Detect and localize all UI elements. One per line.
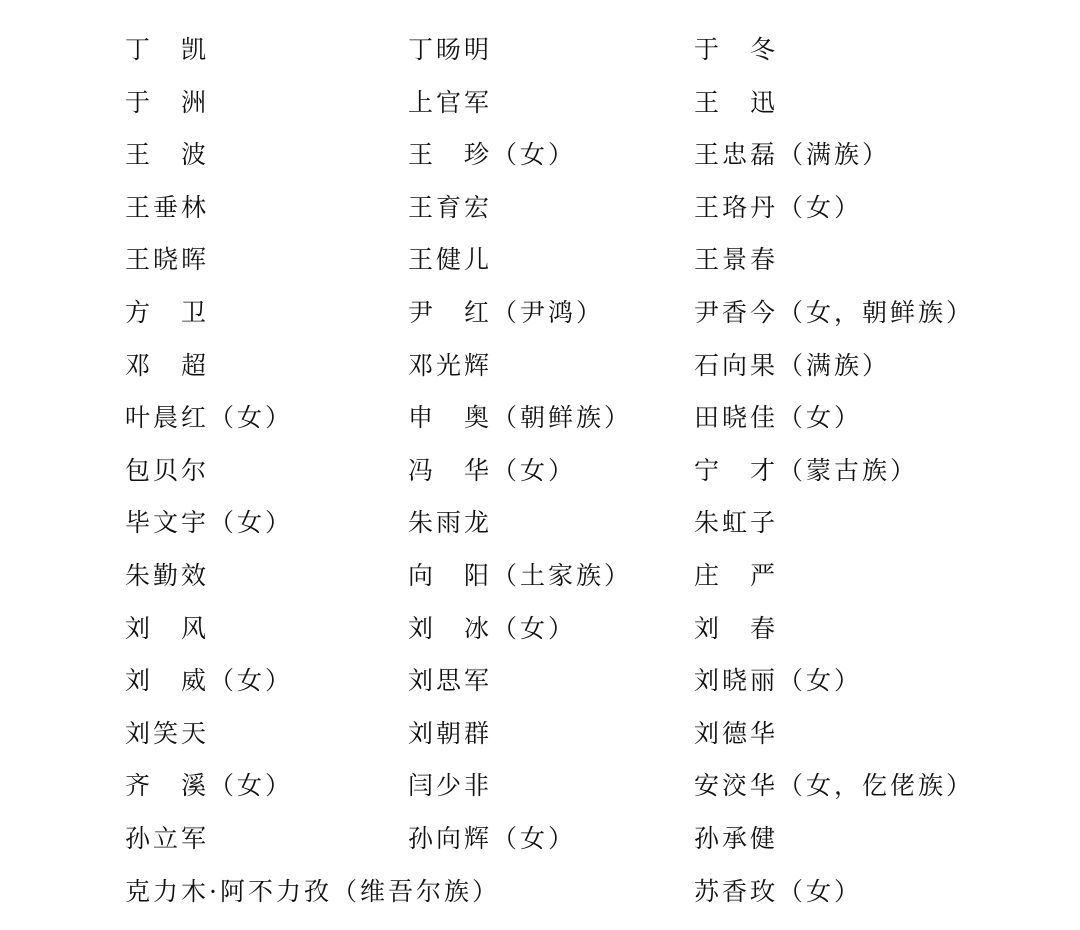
- name-entry: 苏香玫（女）: [694, 866, 862, 918]
- name-entry: 尹香今（女，朝鲜族）: [694, 287, 974, 339]
- name-entry: 方 卫: [125, 287, 209, 339]
- name-entry: 向 阳（土家族）: [408, 550, 632, 602]
- name-entry: 刘德华: [694, 708, 778, 760]
- name-row: 叶晨红（女） 申 奥（朝鲜族） 田晓佳（女）: [0, 392, 1080, 444]
- name-row: 邓 超 邓光辉 石向果（满族）: [0, 340, 1080, 392]
- name-entry: 王垂林: [125, 182, 209, 234]
- name-entry: 王 珍（女）: [408, 129, 576, 181]
- name-entry: 邓光辉: [408, 340, 492, 392]
- name-row: 克力木·阿不力孜（维吾尔族） 苏香玫（女）: [0, 866, 1080, 918]
- name-entry: 安洨华（女，仡佬族）: [694, 760, 974, 812]
- name-entry: 孙承健: [694, 813, 778, 865]
- name-entry: 孙立军: [125, 813, 209, 865]
- name-entry: 王景春: [694, 234, 778, 286]
- name-entry: 田晓佳（女）: [694, 392, 862, 444]
- name-entry: 刘笑天: [125, 708, 209, 760]
- name-entry: 尹 红（尹鸿）: [408, 287, 604, 339]
- name-entry: 宁 才（蒙古族）: [694, 445, 918, 497]
- name-row: 孙立军 孙向辉（女） 孙承健: [0, 813, 1080, 865]
- name-entry: 冯 华（女）: [408, 445, 576, 497]
- name-entry: 王 波: [125, 129, 209, 181]
- name-entry: 朱雨龙: [408, 497, 492, 549]
- name-row: 王晓晖 王健儿 王景春: [0, 234, 1080, 286]
- name-row: 朱勤效 向 阳（土家族） 庄 严: [0, 550, 1080, 602]
- name-row: 毕文宇（女） 朱雨龙 朱虹子: [0, 497, 1080, 549]
- name-entry: 丁旸明: [408, 24, 492, 76]
- name-row: 包贝尔 冯 华（女） 宁 才（蒙古族）: [0, 445, 1080, 497]
- name-entry: 于 洲: [125, 77, 209, 129]
- name-entry: 朱虹子: [694, 497, 778, 549]
- name-entry: 王育宏: [408, 182, 492, 234]
- name-entry: 邓 超: [125, 340, 209, 392]
- name-row: 王垂林 王育宏 王珞丹（女）: [0, 182, 1080, 234]
- name-entry: 毕文宇（女）: [125, 497, 293, 549]
- name-list-page: 丁 凯 丁旸明 于 冬 于 洲 上官军 王 迅 王 波 王 珍（女） 王忠磊（满…: [0, 0, 1080, 930]
- name-entry: 朱勤效: [125, 550, 209, 602]
- name-row: 王 波 王 珍（女） 王忠磊（满族）: [0, 129, 1080, 181]
- name-entry: 刘 风: [125, 603, 209, 655]
- name-row: 刘 威（女） 刘思军 刘晓丽（女）: [0, 655, 1080, 707]
- name-row: 齐 溪（女） 闫少非 安洨华（女，仡佬族）: [0, 760, 1080, 812]
- name-entry: 申 奥（朝鲜族）: [408, 392, 632, 444]
- name-entry: 石向果（满族）: [694, 340, 890, 392]
- name-entry: 王忠磊（满族）: [694, 129, 890, 181]
- name-entry: 闫少非: [408, 760, 492, 812]
- name-row: 丁 凯 丁旸明 于 冬: [0, 24, 1080, 76]
- name-row: 刘 风 刘 冰（女） 刘 春: [0, 603, 1080, 655]
- name-entry: 王晓晖: [125, 234, 209, 286]
- name-entry: 刘思军: [408, 655, 492, 707]
- name-row: 于 洲 上官军 王 迅: [0, 77, 1080, 129]
- name-entry: 刘朝群: [408, 708, 492, 760]
- name-entry: 刘 威（女）: [125, 655, 293, 707]
- name-entry: 庄 严: [694, 550, 778, 602]
- name-row: 方 卫 尹 红（尹鸿） 尹香今（女，朝鲜族）: [0, 287, 1080, 339]
- name-entry: 刘晓丽（女）: [694, 655, 862, 707]
- name-row: 刘笑天 刘朝群 刘德华: [0, 708, 1080, 760]
- name-entry: 刘 冰（女）: [408, 603, 576, 655]
- name-entry: 刘 春: [694, 603, 778, 655]
- name-entry: 包贝尔: [125, 445, 209, 497]
- name-entry: 克力木·阿不力孜（维吾尔族）: [125, 866, 500, 918]
- name-entry: 王健儿: [408, 234, 492, 286]
- name-entry: 丁 凯: [125, 24, 209, 76]
- name-entry: 齐 溪（女）: [125, 760, 293, 812]
- name-entry: 于 冬: [694, 24, 778, 76]
- name-entry: 王珞丹（女）: [694, 182, 862, 234]
- name-entry: 孙向辉（女）: [408, 813, 576, 865]
- name-entry: 上官军: [408, 77, 492, 129]
- name-entry: 叶晨红（女）: [125, 392, 293, 444]
- name-entry: 王 迅: [694, 77, 778, 129]
